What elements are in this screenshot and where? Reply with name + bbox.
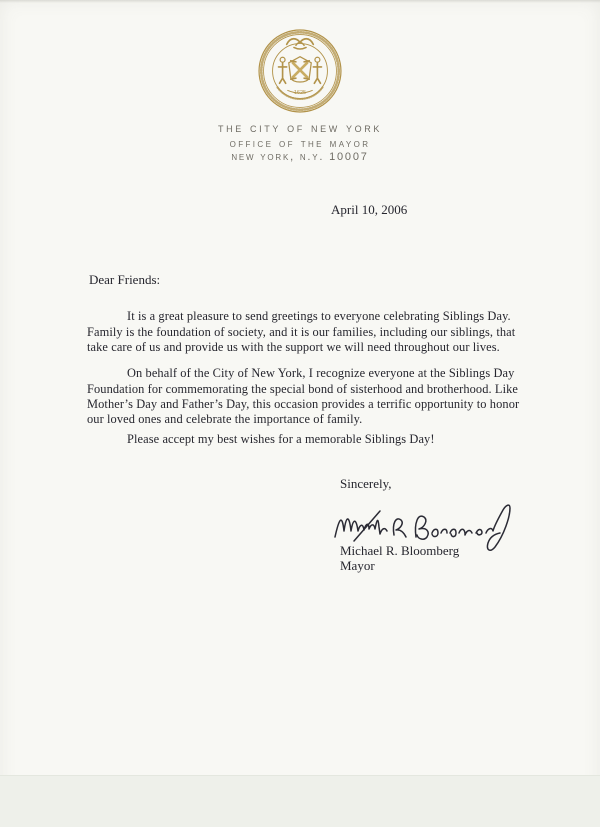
letter-paragraph: On behalf of the City of New York, I rec… — [87, 366, 523, 427]
scan-edge-band — [0, 775, 600, 827]
letterhead-office-line: Office of the Mayor — [150, 136, 450, 150]
letter-paragraph: It is a great pleasure to send greetings… — [87, 309, 523, 355]
nyc-city-seal-icon: 1625 — [257, 28, 343, 114]
letter-paragraph: Please accept my best wishes for a memor… — [87, 432, 523, 447]
seal-year: 1625 — [294, 90, 306, 96]
letterhead-city-line: The City of New York — [150, 120, 450, 135]
letter-date: April 10, 2006 — [331, 202, 407, 218]
signature-title: Mayor — [340, 559, 459, 574]
scanned-letter-page: 1625 The City of New York Office of the … — [0, 0, 600, 827]
letterhead: 1625 The City of New York Office of the … — [150, 28, 450, 163]
signature-block: Michael R. Bloomberg Mayor — [340, 544, 459, 573]
signature-name: Michael R. Bloomberg — [340, 544, 459, 559]
letter-salutation: Dear Friends: — [89, 272, 160, 288]
letter-closing: Sincerely, — [340, 476, 392, 492]
letterhead-address-line: New York, N.Y. 10007 — [150, 151, 450, 163]
